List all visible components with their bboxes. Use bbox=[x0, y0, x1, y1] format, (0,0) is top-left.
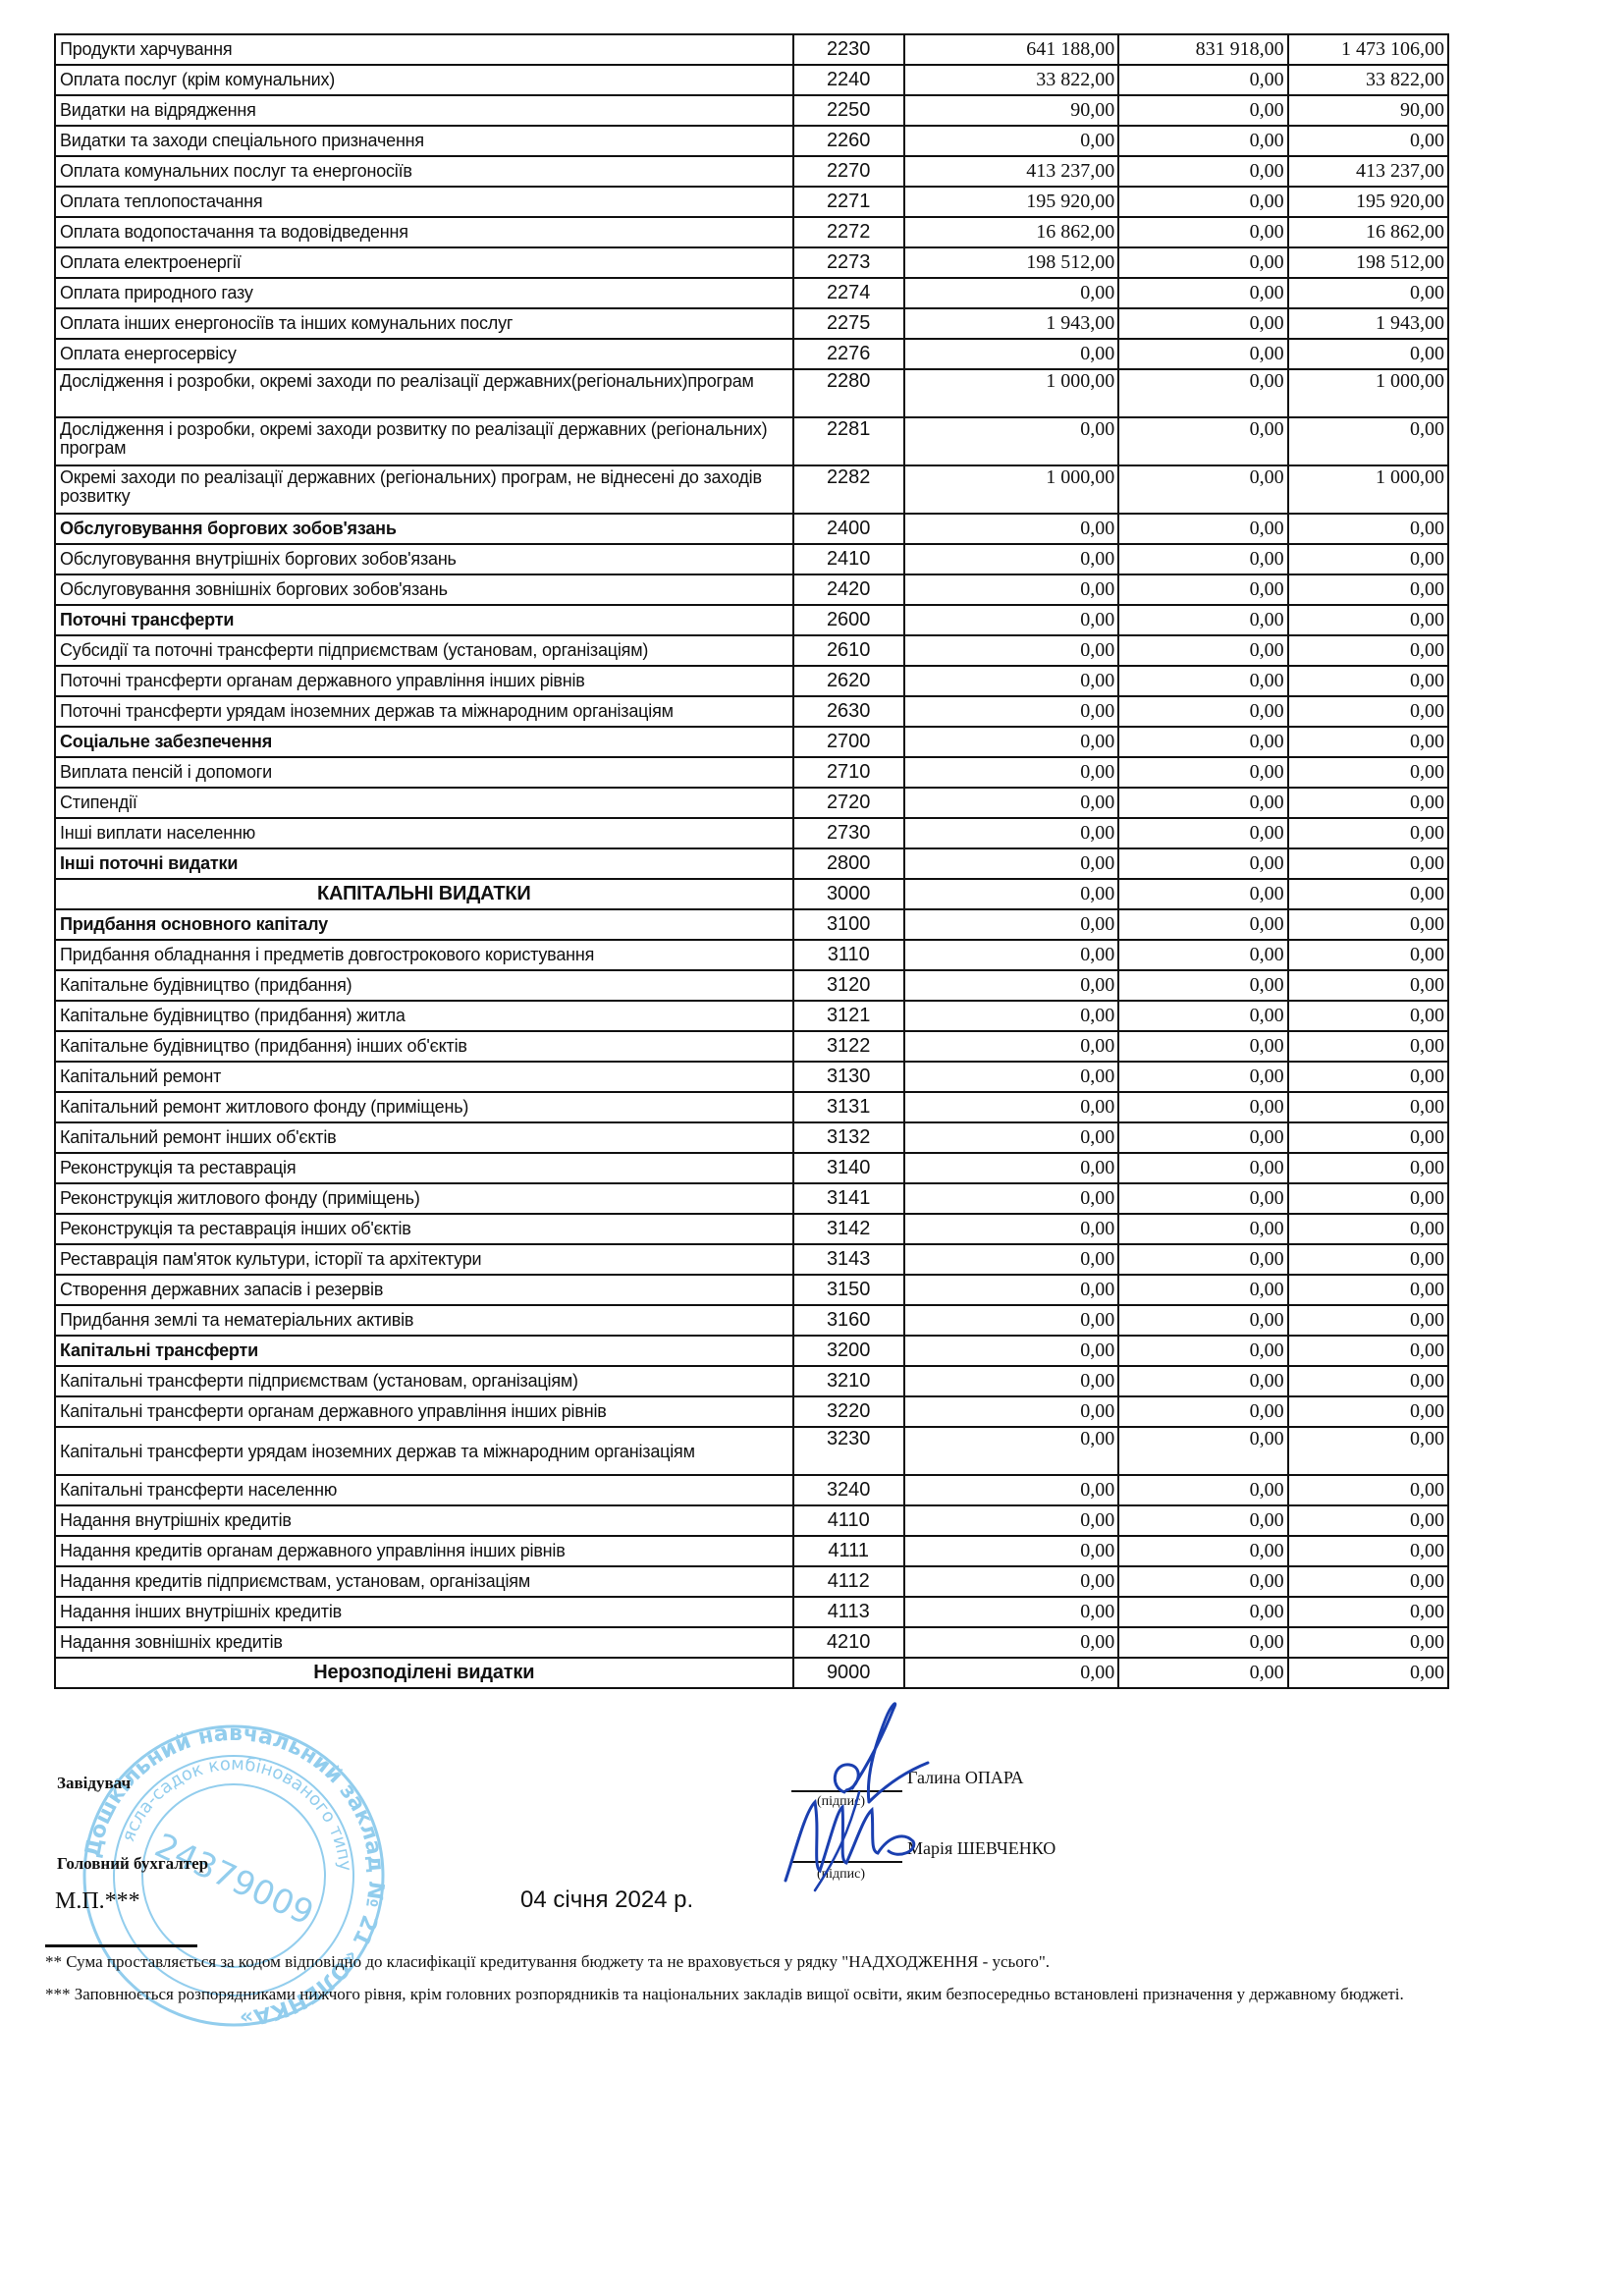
accountant-name: Марія ШЕВЧЕНКО bbox=[907, 1838, 1056, 1859]
row-value-plan: 0,00 bbox=[904, 818, 1118, 848]
table-row: Капітальне будівництво (придбання) житла… bbox=[55, 1001, 1448, 1031]
row-value-total: 0,00 bbox=[1288, 1505, 1448, 1536]
table-row: Обслуговування зовнішніх боргових зобов'… bbox=[55, 574, 1448, 605]
row-code: 4112 bbox=[793, 1566, 904, 1597]
row-label: Дослідження і розробки, окремі заходи ро… bbox=[55, 417, 793, 465]
row-value-plan: 0,00 bbox=[904, 727, 1118, 757]
row-value-total: 1 943,00 bbox=[1288, 308, 1448, 339]
row-label: Капітальне будівництво (придбання) житла bbox=[55, 1001, 793, 1031]
row-value-plan: 0,00 bbox=[904, 1427, 1118, 1475]
row-code: 4111 bbox=[793, 1536, 904, 1566]
row-value-special: 0,00 bbox=[1118, 757, 1287, 788]
row-label: Соціальне забезпечення bbox=[55, 727, 793, 757]
row-value-special: 0,00 bbox=[1118, 156, 1287, 187]
table-row: Інші виплати населенню27300,000,000,00 bbox=[55, 818, 1448, 848]
row-label: Оплата природного газу bbox=[55, 278, 793, 308]
row-value-total: 0,00 bbox=[1288, 727, 1448, 757]
row-code: 2281 bbox=[793, 417, 904, 465]
row-value-special: 0,00 bbox=[1118, 1336, 1287, 1366]
row-code: 3132 bbox=[793, 1122, 904, 1153]
row-value-plan: 0,00 bbox=[904, 1275, 1118, 1305]
accountant-role-label: Головний бухгалтер bbox=[57, 1854, 208, 1874]
row-code: 2610 bbox=[793, 635, 904, 666]
row-code: 2271 bbox=[793, 187, 904, 217]
row-value-total: 0,00 bbox=[1288, 757, 1448, 788]
row-value-plan: 0,00 bbox=[904, 1305, 1118, 1336]
row-code: 2275 bbox=[793, 308, 904, 339]
row-code: 3143 bbox=[793, 1244, 904, 1275]
accountant-signature-caption: (підпис) bbox=[817, 1867, 865, 1883]
row-code: 3200 bbox=[793, 1336, 904, 1366]
row-code: 2280 bbox=[793, 369, 904, 417]
table-row: Капітальні трансферти урядам іноземних д… bbox=[55, 1427, 1448, 1475]
row-value-total: 0,00 bbox=[1288, 940, 1448, 970]
row-label: Оплата енергосервісу bbox=[55, 339, 793, 369]
table-row: Окремі заходи по реалізації державних (р… bbox=[55, 465, 1448, 514]
row-label: Придбання землі та нематеріальних активі… bbox=[55, 1305, 793, 1336]
row-label: Видатки та заходи спеціального призначен… bbox=[55, 126, 793, 156]
row-value-plan: 16 862,00 bbox=[904, 217, 1118, 247]
row-value-special: 0,00 bbox=[1118, 1366, 1287, 1396]
row-value-total: 0,00 bbox=[1288, 879, 1448, 909]
table-row: Капітальне будівництво (придбання) інших… bbox=[55, 1031, 1448, 1062]
table-row: Оплата електроенергії2273198 512,000,001… bbox=[55, 247, 1448, 278]
row-value-plan: 198 512,00 bbox=[904, 247, 1118, 278]
row-value-special: 831 918,00 bbox=[1118, 34, 1287, 65]
row-value-total: 0,00 bbox=[1288, 1183, 1448, 1214]
table-row: Капітальний ремонт житлового фонду (прим… bbox=[55, 1092, 1448, 1122]
row-value-plan: 0,00 bbox=[904, 1366, 1118, 1396]
row-value-total: 0,00 bbox=[1288, 417, 1448, 465]
row-value-plan: 0,00 bbox=[904, 970, 1118, 1001]
row-value-plan: 0,00 bbox=[904, 417, 1118, 465]
table-row: Оплата водопостачання та водовідведення2… bbox=[55, 217, 1448, 247]
row-value-plan: 0,00 bbox=[904, 1092, 1118, 1122]
row-code: 2420 bbox=[793, 574, 904, 605]
row-value-plan: 0,00 bbox=[904, 848, 1118, 879]
row-value-plan: 413 237,00 bbox=[904, 156, 1118, 187]
table-row: Надання зовнішніх кредитів42100,000,000,… bbox=[55, 1627, 1448, 1658]
row-value-special: 0,00 bbox=[1118, 95, 1287, 126]
row-code: 4110 bbox=[793, 1505, 904, 1536]
table-row: Нерозподілені видатки90000,000,000,00 bbox=[55, 1658, 1448, 1688]
row-value-total: 0,00 bbox=[1288, 1275, 1448, 1305]
row-value-special: 0,00 bbox=[1118, 308, 1287, 339]
row-value-total: 0,00 bbox=[1288, 514, 1448, 544]
row-label: Інші поточні видатки bbox=[55, 848, 793, 879]
row-value-special: 0,00 bbox=[1118, 465, 1287, 514]
row-value-special: 0,00 bbox=[1118, 666, 1287, 696]
row-code: 2600 bbox=[793, 605, 904, 635]
row-value-plan: 0,00 bbox=[904, 1627, 1118, 1658]
row-value-special: 0,00 bbox=[1118, 1305, 1287, 1336]
row-value-special: 0,00 bbox=[1118, 879, 1287, 909]
table-row: Капітальне будівництво (придбання)31200,… bbox=[55, 970, 1448, 1001]
row-code: 9000 bbox=[793, 1658, 904, 1688]
row-label: Субсидії та поточні трансферти підприємс… bbox=[55, 635, 793, 666]
row-code: 3141 bbox=[793, 1183, 904, 1214]
row-value-plan: 0,00 bbox=[904, 1566, 1118, 1597]
row-value-total: 195 920,00 bbox=[1288, 187, 1448, 217]
row-code: 2630 bbox=[793, 696, 904, 727]
row-code: 3150 bbox=[793, 1275, 904, 1305]
row-value-special: 0,00 bbox=[1118, 574, 1287, 605]
row-value-special: 0,00 bbox=[1118, 1597, 1287, 1627]
row-label: Капітальний ремонт bbox=[55, 1062, 793, 1092]
row-value-total: 0,00 bbox=[1288, 278, 1448, 308]
row-label: Виплата пенсій і допомоги bbox=[55, 757, 793, 788]
row-value-special: 0,00 bbox=[1118, 1062, 1287, 1092]
row-value-total: 0,00 bbox=[1288, 1062, 1448, 1092]
row-value-special: 0,00 bbox=[1118, 1627, 1287, 1658]
row-value-total: 0,00 bbox=[1288, 1336, 1448, 1366]
accountant-signature-line bbox=[791, 1861, 902, 1863]
row-value-plan: 33 822,00 bbox=[904, 65, 1118, 95]
row-value-special: 0,00 bbox=[1118, 126, 1287, 156]
budget-expenditure-table: Продукти харчування2230641 188,00831 918… bbox=[54, 33, 1449, 1689]
row-value-plan: 0,00 bbox=[904, 1244, 1118, 1275]
row-value-total: 0,00 bbox=[1288, 1627, 1448, 1658]
row-code: 2240 bbox=[793, 65, 904, 95]
row-code: 2800 bbox=[793, 848, 904, 879]
row-value-plan: 0,00 bbox=[904, 1597, 1118, 1627]
row-value-special: 0,00 bbox=[1118, 788, 1287, 818]
table-row: Капітальні трансферти населенню32400,000… bbox=[55, 1475, 1448, 1505]
row-value-total: 0,00 bbox=[1288, 574, 1448, 605]
row-code: 2620 bbox=[793, 666, 904, 696]
row-code: 2720 bbox=[793, 788, 904, 818]
row-label: Дослідження і розробки, окремі заходи по… bbox=[55, 369, 793, 417]
row-label: Надання інших внутрішніх кредитів bbox=[55, 1597, 793, 1627]
table-row: Надання кредитів підприємствам, установа… bbox=[55, 1566, 1448, 1597]
row-code: 3120 bbox=[793, 970, 904, 1001]
seal-label: М.П.*** bbox=[55, 1888, 140, 1915]
row-value-plan: 641 188,00 bbox=[904, 34, 1118, 65]
row-value-special: 0,00 bbox=[1118, 1396, 1287, 1427]
row-code: 2272 bbox=[793, 217, 904, 247]
row-value-special: 0,00 bbox=[1118, 1475, 1287, 1505]
row-value-total: 0,00 bbox=[1288, 1475, 1448, 1505]
table-row: Стипендії27200,000,000,00 bbox=[55, 788, 1448, 818]
row-value-total: 0,00 bbox=[1288, 666, 1448, 696]
table-row: Капітальні трансферти органам державного… bbox=[55, 1396, 1448, 1427]
row-value-total: 0,00 bbox=[1288, 605, 1448, 635]
svg-text:24379009: 24379009 bbox=[149, 1826, 320, 1933]
table-row: Придбання обладнання і предметів довгост… bbox=[55, 940, 1448, 970]
table-row: Капітальні трансферти підприємствам (уст… bbox=[55, 1366, 1448, 1396]
row-value-plan: 0,00 bbox=[904, 757, 1118, 788]
row-value-total: 0,00 bbox=[1288, 1396, 1448, 1427]
row-value-plan: 0,00 bbox=[904, 126, 1118, 156]
row-value-special: 0,00 bbox=[1118, 909, 1287, 940]
row-label: Нерозподілені видатки bbox=[55, 1658, 793, 1688]
table-row: Придбання основного капіталу31000,000,00… bbox=[55, 909, 1448, 940]
row-code: 3131 bbox=[793, 1092, 904, 1122]
row-code: 2230 bbox=[793, 34, 904, 65]
footnote-triple-star: *** Заповнюється розпорядниками нижчого … bbox=[45, 1982, 1439, 2007]
table-row: Реставрація пам'яток культури, історії т… bbox=[55, 1244, 1448, 1275]
row-value-special: 0,00 bbox=[1118, 1153, 1287, 1183]
row-value-special: 0,00 bbox=[1118, 970, 1287, 1001]
row-label: Надання зовнішніх кредитів bbox=[55, 1627, 793, 1658]
row-label: Капітальне будівництво (придбання) bbox=[55, 970, 793, 1001]
row-value-plan: 0,00 bbox=[904, 635, 1118, 666]
row-value-total: 0,00 bbox=[1288, 1305, 1448, 1336]
row-value-special: 0,00 bbox=[1118, 940, 1287, 970]
row-value-plan: 1 943,00 bbox=[904, 308, 1118, 339]
row-code: 3000 bbox=[793, 879, 904, 909]
table-row: Капітальний ремонт31300,000,000,00 bbox=[55, 1062, 1448, 1092]
row-code: 2274 bbox=[793, 278, 904, 308]
row-value-total: 0,00 bbox=[1288, 1122, 1448, 1153]
row-code: 2276 bbox=[793, 339, 904, 369]
row-value-plan: 0,00 bbox=[904, 879, 1118, 909]
row-code: 3140 bbox=[793, 1153, 904, 1183]
head-signature-line bbox=[791, 1790, 902, 1792]
row-value-special: 0,00 bbox=[1118, 1244, 1287, 1275]
row-value-special: 0,00 bbox=[1118, 544, 1287, 574]
row-value-total: 0,00 bbox=[1288, 339, 1448, 369]
row-value-total: 0,00 bbox=[1288, 818, 1448, 848]
table-row: Оплата інших енергоносіїв та інших комун… bbox=[55, 308, 1448, 339]
row-value-special: 0,00 bbox=[1118, 848, 1287, 879]
row-label: Капітальне будівництво (придбання) інших… bbox=[55, 1031, 793, 1062]
table-row: Реконструкція та реставрація інших об'єк… bbox=[55, 1214, 1448, 1244]
row-value-special: 0,00 bbox=[1118, 727, 1287, 757]
head-name: Галина ОПАРА bbox=[907, 1768, 1024, 1788]
table-row: Виплата пенсій і допомоги27100,000,000,0… bbox=[55, 757, 1448, 788]
row-value-plan: 0,00 bbox=[904, 574, 1118, 605]
row-label: Оплата теплопостачання bbox=[55, 187, 793, 217]
row-label: Продукти харчування bbox=[55, 34, 793, 65]
row-label: Придбання основного капіталу bbox=[55, 909, 793, 940]
table-row: Дослідження і розробки, окремі заходи ро… bbox=[55, 417, 1448, 465]
row-code: 2273 bbox=[793, 247, 904, 278]
row-value-plan: 0,00 bbox=[904, 1475, 1118, 1505]
row-code: 2730 bbox=[793, 818, 904, 848]
row-value-total: 0,00 bbox=[1288, 788, 1448, 818]
row-value-special: 0,00 bbox=[1118, 1122, 1287, 1153]
table-row: Надання інших внутрішніх кредитів41130,0… bbox=[55, 1597, 1448, 1627]
row-value-plan: 0,00 bbox=[904, 1536, 1118, 1566]
row-label: Капітальний ремонт житлового фонду (прим… bbox=[55, 1092, 793, 1122]
row-value-plan: 0,00 bbox=[904, 1214, 1118, 1244]
row-label: Поточні трансферти урядам іноземних держ… bbox=[55, 696, 793, 727]
row-value-plan: 0,00 bbox=[904, 1062, 1118, 1092]
row-label: Обслуговування внутрішніх боргових зобов… bbox=[55, 544, 793, 574]
row-label: Надання кредитів органам державного упра… bbox=[55, 1536, 793, 1566]
row-value-total: 0,00 bbox=[1288, 1092, 1448, 1122]
row-value-special: 0,00 bbox=[1118, 1001, 1287, 1031]
table-row: Придбання землі та нематеріальних активі… bbox=[55, 1305, 1448, 1336]
row-label: Окремі заходи по реалізації державних (р… bbox=[55, 465, 793, 514]
row-label: Поточні трансферти bbox=[55, 605, 793, 635]
row-value-total: 1 473 106,00 bbox=[1288, 34, 1448, 65]
row-code: 2400 bbox=[793, 514, 904, 544]
row-value-special: 0,00 bbox=[1118, 1214, 1287, 1244]
row-value-total: 0,00 bbox=[1288, 1597, 1448, 1627]
row-value-special: 0,00 bbox=[1118, 187, 1287, 217]
row-label: Оплата електроенергії bbox=[55, 247, 793, 278]
row-value-special: 0,00 bbox=[1118, 635, 1287, 666]
row-value-total: 33 822,00 bbox=[1288, 65, 1448, 95]
row-value-special: 0,00 bbox=[1118, 247, 1287, 278]
row-label: Капітальні трансферти органам державного… bbox=[55, 1396, 793, 1427]
row-value-plan: 0,00 bbox=[904, 1396, 1118, 1427]
row-label: КАПІТАЛЬНІ ВИДАТКИ bbox=[55, 879, 793, 909]
table-row: КАПІТАЛЬНІ ВИДАТКИ30000,000,000,00 bbox=[55, 879, 1448, 909]
row-value-plan: 0,00 bbox=[904, 696, 1118, 727]
row-code: 2700 bbox=[793, 727, 904, 757]
row-code: 3110 bbox=[793, 940, 904, 970]
table-row: Створення державних запасів і резервів31… bbox=[55, 1275, 1448, 1305]
row-value-total: 0,00 bbox=[1288, 1153, 1448, 1183]
row-value-special: 0,00 bbox=[1118, 278, 1287, 308]
row-code: 2710 bbox=[793, 757, 904, 788]
row-value-plan: 0,00 bbox=[904, 788, 1118, 818]
row-value-total: 0,00 bbox=[1288, 1001, 1448, 1031]
row-value-total: 0,00 bbox=[1288, 1536, 1448, 1566]
row-label: Придбання обладнання і предметів довгост… bbox=[55, 940, 793, 970]
row-label: Оплата інших енергоносіїв та інших комун… bbox=[55, 308, 793, 339]
row-value-plan: 0,00 bbox=[904, 909, 1118, 940]
row-value-special: 0,00 bbox=[1118, 1092, 1287, 1122]
row-value-plan: 195 920,00 bbox=[904, 187, 1118, 217]
table-row: Оплата послуг (крім комунальних)224033 8… bbox=[55, 65, 1448, 95]
row-code: 2260 bbox=[793, 126, 904, 156]
table-row: Оплата комунальних послуг та енергоносії… bbox=[55, 156, 1448, 187]
row-value-special: 0,00 bbox=[1118, 1536, 1287, 1566]
row-value-special: 0,00 bbox=[1118, 369, 1287, 417]
row-code: 3122 bbox=[793, 1031, 904, 1062]
row-value-plan: 0,00 bbox=[904, 605, 1118, 635]
row-value-special: 0,00 bbox=[1118, 1658, 1287, 1688]
row-label: Оплата послуг (крім комунальних) bbox=[55, 65, 793, 95]
row-label: Надання внутрішніх кредитів bbox=[55, 1505, 793, 1536]
table-row: Капітальні трансферти32000,000,000,00 bbox=[55, 1336, 1448, 1366]
table-row: Обслуговування внутрішніх боргових зобов… bbox=[55, 544, 1448, 574]
row-value-total: 0,00 bbox=[1288, 1366, 1448, 1396]
table-row: Оплата енергосервісу22760,000,000,00 bbox=[55, 339, 1448, 369]
table-row: Поточні трансферти26000,000,000,00 bbox=[55, 605, 1448, 635]
row-label: Надання кредитів підприємствам, установа… bbox=[55, 1566, 793, 1597]
table-row: Поточні трансферти органам державного уп… bbox=[55, 666, 1448, 696]
row-value-plan: 1 000,00 bbox=[904, 465, 1118, 514]
row-label: Оплата водопостачання та водовідведення bbox=[55, 217, 793, 247]
row-code: 3160 bbox=[793, 1305, 904, 1336]
row-value-special: 0,00 bbox=[1118, 818, 1287, 848]
row-value-special: 0,00 bbox=[1118, 1427, 1287, 1475]
row-value-total: 198 512,00 bbox=[1288, 247, 1448, 278]
row-value-total: 413 237,00 bbox=[1288, 156, 1448, 187]
row-label: Капітальні трансферти урядам іноземних д… bbox=[55, 1427, 793, 1475]
row-value-plan: 0,00 bbox=[904, 514, 1118, 544]
row-value-plan: 90,00 bbox=[904, 95, 1118, 126]
row-value-plan: 0,00 bbox=[904, 339, 1118, 369]
row-value-plan: 0,00 bbox=[904, 1153, 1118, 1183]
row-value-total: 1 000,00 bbox=[1288, 465, 1448, 514]
row-label: Реставрація пам'яток культури, історії т… bbox=[55, 1244, 793, 1275]
row-code: 3210 bbox=[793, 1366, 904, 1396]
row-value-special: 0,00 bbox=[1118, 339, 1287, 369]
row-value-total: 0,00 bbox=[1288, 848, 1448, 879]
table-row: Дослідження і розробки, окремі заходи по… bbox=[55, 369, 1448, 417]
row-label: Капітальні трансферти bbox=[55, 1336, 793, 1366]
row-code: 2410 bbox=[793, 544, 904, 574]
row-value-special: 0,00 bbox=[1118, 1566, 1287, 1597]
row-value-special: 0,00 bbox=[1118, 65, 1287, 95]
row-value-plan: 0,00 bbox=[904, 1183, 1118, 1214]
row-code: 4113 bbox=[793, 1597, 904, 1627]
row-value-total: 0,00 bbox=[1288, 544, 1448, 574]
row-code: 3100 bbox=[793, 909, 904, 940]
row-value-total: 0,00 bbox=[1288, 970, 1448, 1001]
row-value-plan: 0,00 bbox=[904, 666, 1118, 696]
table-row: Видатки та заходи спеціального призначен… bbox=[55, 126, 1448, 156]
table-row: Реконструкція житлового фонду (приміщень… bbox=[55, 1183, 1448, 1214]
row-value-plan: 0,00 bbox=[904, 1658, 1118, 1688]
row-value-special: 0,00 bbox=[1118, 605, 1287, 635]
row-value-total: 1 000,00 bbox=[1288, 369, 1448, 417]
row-value-special: 0,00 bbox=[1118, 1183, 1287, 1214]
row-code: 3230 bbox=[793, 1427, 904, 1475]
row-label: Створення державних запасів і резервів bbox=[55, 1275, 793, 1305]
row-value-special: 0,00 bbox=[1118, 514, 1287, 544]
row-value-total: 0,00 bbox=[1288, 909, 1448, 940]
row-code: 2282 bbox=[793, 465, 904, 514]
document-date: 04 січня 2024 р. bbox=[520, 1886, 693, 1914]
row-label: Капітальні трансферти підприємствам (уст… bbox=[55, 1366, 793, 1396]
row-value-total: 0,00 bbox=[1288, 635, 1448, 666]
row-label: Обслуговування зовнішніх боргових зобов'… bbox=[55, 574, 793, 605]
row-code: 4210 bbox=[793, 1627, 904, 1658]
row-code: 3121 bbox=[793, 1001, 904, 1031]
row-value-total: 0,00 bbox=[1288, 1214, 1448, 1244]
row-value-special: 0,00 bbox=[1118, 217, 1287, 247]
table-row: Субсидії та поточні трансферти підприємс… bbox=[55, 635, 1448, 666]
table-row: Оплата теплопостачання2271195 920,000,00… bbox=[55, 187, 1448, 217]
row-value-plan: 0,00 bbox=[904, 1001, 1118, 1031]
row-value-plan: 0,00 bbox=[904, 1336, 1118, 1366]
row-value-total: 90,00 bbox=[1288, 95, 1448, 126]
table-row: Капітальний ремонт інших об'єктів31320,0… bbox=[55, 1122, 1448, 1153]
row-value-total: 0,00 bbox=[1288, 126, 1448, 156]
row-code: 3142 bbox=[793, 1214, 904, 1244]
footnote-separator bbox=[45, 1944, 197, 1947]
table-row: Оплата природного газу22740,000,000,00 bbox=[55, 278, 1448, 308]
row-label: Поточні трансферти органам державного уп… bbox=[55, 666, 793, 696]
row-label: Капітальні трансферти населенню bbox=[55, 1475, 793, 1505]
table-row: Обслуговування боргових зобов'язань24000… bbox=[55, 514, 1448, 544]
head-signature-caption: (підпис) bbox=[817, 1794, 865, 1810]
footnote-double-star: ** Сума проставляється за кодом відповід… bbox=[45, 1949, 1439, 1975]
table-row: Продукти харчування2230641 188,00831 918… bbox=[55, 34, 1448, 65]
row-value-plan: 0,00 bbox=[904, 544, 1118, 574]
row-value-special: 0,00 bbox=[1118, 696, 1287, 727]
row-value-plan: 0,00 bbox=[904, 940, 1118, 970]
row-value-total: 0,00 bbox=[1288, 1244, 1448, 1275]
row-label: Обслуговування боргових зобов'язань bbox=[55, 514, 793, 544]
row-value-plan: 1 000,00 bbox=[904, 369, 1118, 417]
row-code: 2250 bbox=[793, 95, 904, 126]
row-label: Капітальний ремонт інших об'єктів bbox=[55, 1122, 793, 1153]
row-value-plan: 0,00 bbox=[904, 1122, 1118, 1153]
row-value-plan: 0,00 bbox=[904, 278, 1118, 308]
row-label: Стипендії bbox=[55, 788, 793, 818]
row-value-plan: 0,00 bbox=[904, 1031, 1118, 1062]
table-row: Надання кредитів органам державного упра… bbox=[55, 1536, 1448, 1566]
row-value-plan: 0,00 bbox=[904, 1505, 1118, 1536]
